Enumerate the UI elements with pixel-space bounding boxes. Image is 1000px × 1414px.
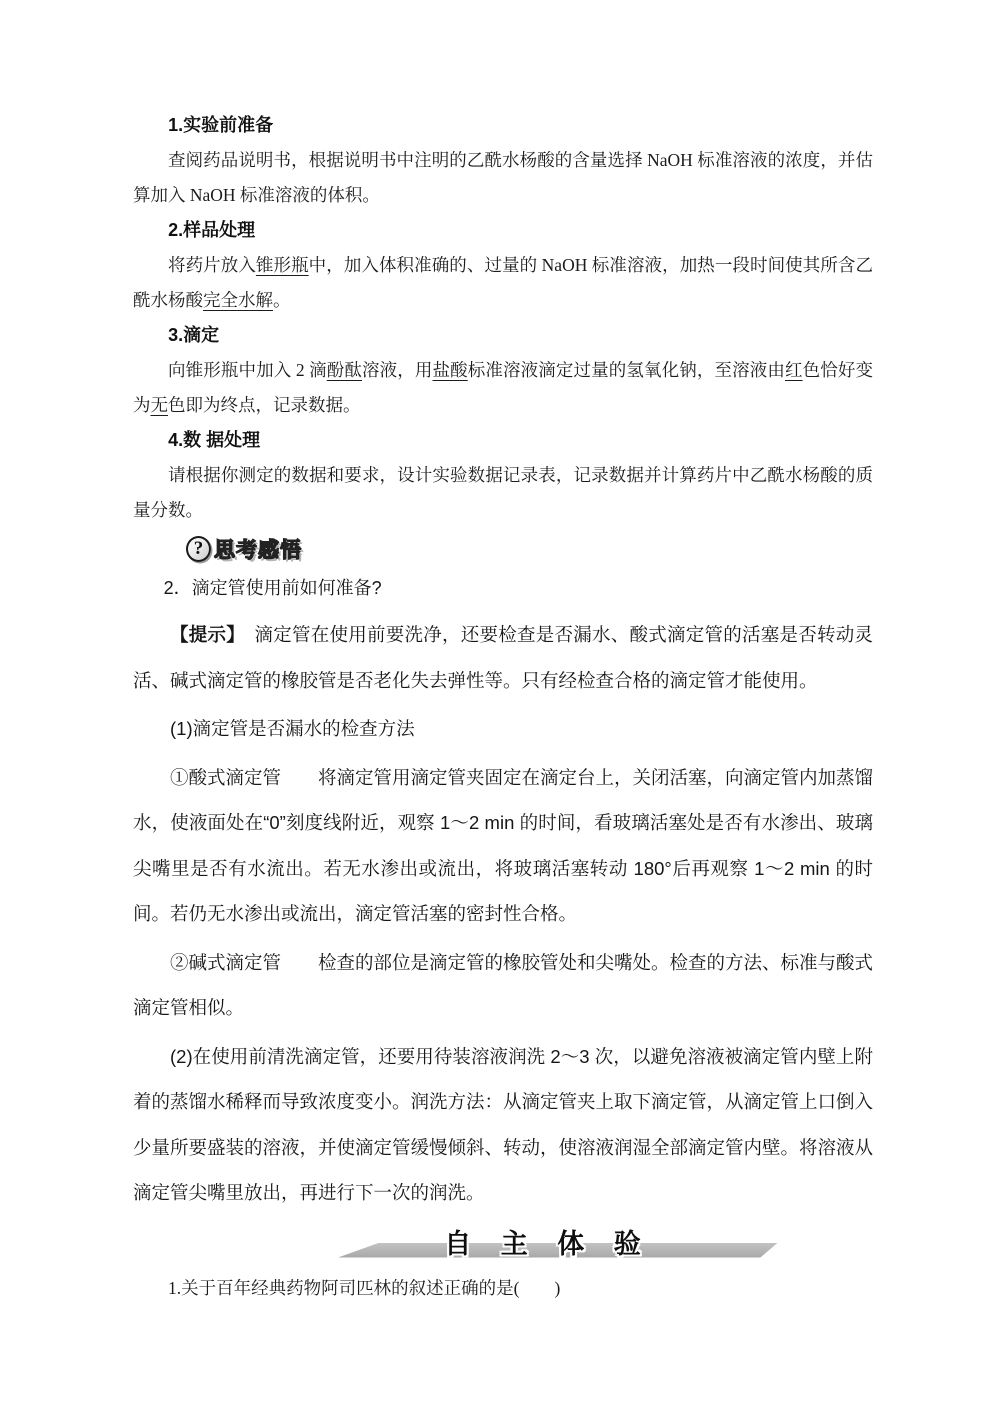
rinse-paragraph: (2)在使用前清洗滴定管，还要用待装溶液润洗 2～3 次，以避免溶液被滴定管内壁… [133, 1034, 873, 1216]
step4-heading: 4.数 据处理 [133, 423, 873, 458]
underline-term-hydrochloric-acid: 盐酸 [433, 360, 468, 380]
step2-paragraph: 将药片放入锥形瓶中，加入体积准确的、过量的 NaOH 标准溶液，加热一段时间使其… [133, 248, 873, 318]
experiment-steps-section: 1.实验前准备 查阅药品说明书，根据说明书中注明的乙酰水杨酸的含量选择 NaOH… [133, 108, 873, 528]
think-reflect-label: 思考感悟 [214, 534, 302, 564]
hint-paragraph: 【提示】 滴定管在使用前要洗净，还要检查是否漏水、酸式滴定管的活塞是否转动灵活、… [133, 612, 873, 703]
underline-term-phenolphthalein: 酚酞 [327, 360, 362, 380]
document-page: 1.实验前准备 查阅药品说明书，根据说明书中注明的乙酰水杨酸的含量选择 NaOH… [133, 108, 873, 1306]
reflection-question: 2．滴定管使用前如何准备? [133, 567, 873, 609]
underline-term-colorless: 无 [151, 395, 169, 415]
underline-term-complete-hydrolysis: 完全水解 [203, 290, 273, 310]
step3-text-3: 标准溶液滴定过量的氢氧化钠，至溶液由 [468, 360, 785, 380]
hint-tag: 【提示】 [170, 624, 236, 645]
step2-text-3: 。 [273, 290, 291, 310]
step3-text-1: 向锥形瓶中加入 2 滴 [168, 360, 327, 380]
base-burette-paragraph: ②碱式滴定管 检查的部位是滴定管的橡胶管处和尖嘴处。检查的方法、标准与酸式滴定管… [133, 940, 873, 1031]
step1-heading: 1.实验前准备 [133, 108, 873, 143]
hint-text: 滴定管在使用前要洗净，还要检查是否漏水、酸式滴定管的活塞是否转动灵活、碱式滴定管… [133, 624, 873, 691]
step3-paragraph: 向锥形瓶中加入 2 滴酚酞溶液，用盐酸标准溶液滴定过量的氢氧化钠，至溶液由红色恰… [133, 353, 873, 423]
leak-check-title: (1)滴定管是否漏水的检查方法 [133, 706, 873, 752]
reflection-section: 2．滴定管使用前如何准备? 【提示】 滴定管在使用前要洗净，还要检查是否漏水、酸… [133, 567, 873, 1216]
step1-text: 查阅药品说明书，根据说明书中注明的乙酰水杨酸的含量选择 NaOH 标准溶液的浓度… [133, 150, 873, 205]
self-test-section: 自 主 体 验 1.关于百年经典药物阿司匹林的叙述正确的是( ) [133, 1222, 873, 1306]
self-test-banner-title: 自 主 体 验 [338, 1222, 758, 1261]
question-mark-icon: ? [186, 536, 211, 562]
step3-heading: 3.滴定 [133, 318, 873, 353]
step3-text-5: 色即为终点，记录数据。 [168, 395, 361, 415]
step4-paragraph: 请根据你测定的数据和要求，设计实验数据记录表，记录数据并计算药片中乙酰水杨酸的质… [133, 458, 873, 528]
acid-burette-paragraph: ①酸式滴定管 将滴定管用滴定管夹固定在滴定台上，关闭活塞，向滴定管内加蒸馏水，使… [133, 755, 873, 937]
self-test-question-1: 1.关于百年经典药物阿司匹林的叙述正确的是( ) [133, 1271, 873, 1306]
question-mark-glyph: ? [194, 538, 204, 560]
think-reflect-banner: ? 思考感悟 [133, 530, 873, 567]
underline-term-conical-flask: 锥形瓶 [256, 255, 309, 275]
step1-paragraph: 查阅药品说明书，根据说明书中注明的乙酰水杨酸的含量选择 NaOH 标准溶液的浓度… [133, 143, 873, 213]
underline-term-red: 红 [785, 360, 803, 380]
step3-text-2: 溶液，用 [362, 360, 433, 380]
step4-text: 请根据你测定的数据和要求，设计实验数据记录表，记录数据并计算药片中乙酰水杨酸的质… [133, 465, 873, 520]
self-test-banner: 自 主 体 验 [133, 1222, 873, 1264]
step2-text-1: 将药片放入 [168, 255, 256, 275]
step2-heading: 2.样品处理 [133, 213, 873, 248]
